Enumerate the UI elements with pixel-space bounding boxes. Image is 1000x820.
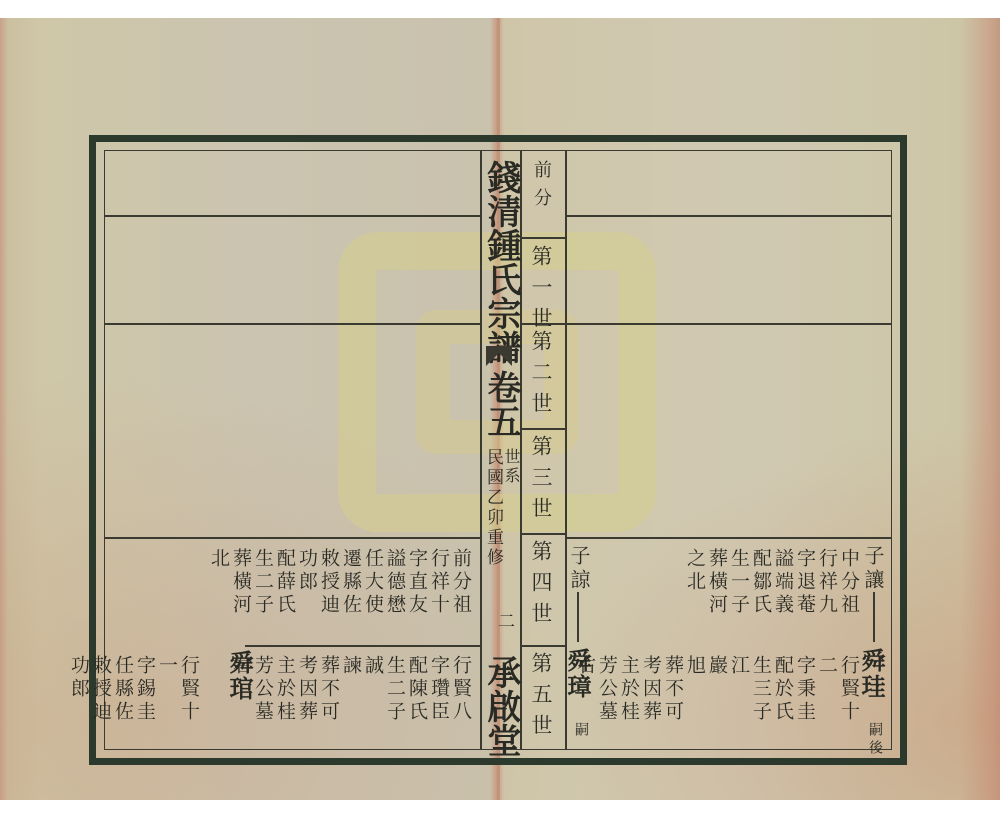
- right-gen4-entry: 中分祖 行祥九 字退菴 謚端義 配鄒氏 生一子 葬橫河 之北: [684, 548, 860, 617]
- entry-col: 芳公墓: [596, 655, 618, 724]
- gen-label-2: 第二世: [530, 330, 552, 423]
- entry-col: 北: [208, 548, 230, 617]
- entry-col: 葬不可: [662, 655, 684, 724]
- rule-gen5-left: [245, 645, 480, 647]
- entry-col: 謚德懋: [384, 548, 406, 617]
- left-gen4-entry: 前分祖 行祥十 字直友 謚德懋 任大使 遷縣佐 敕授迪 功郎 配薛氏 生二子 葬…: [208, 548, 472, 617]
- rule-gen4-right: [565, 537, 892, 539]
- entry-col: 生三子: [750, 655, 772, 724]
- entry-col: 任縣佐: [112, 655, 134, 724]
- gen-divider-5: [520, 645, 565, 647]
- entry-col: 芳公墓: [252, 655, 274, 724]
- entry-col: 行賢十: [178, 655, 200, 724]
- rule-gen2: [104, 323, 480, 325]
- gen-label-5: 第五世: [530, 652, 552, 745]
- entry-col: 配鄒氏: [750, 548, 772, 617]
- entry-col: 謚端義: [772, 548, 794, 617]
- gen-label-1: 第一世: [530, 245, 552, 338]
- entry-col: 考因葬: [296, 655, 318, 724]
- entry-col: 功郎: [68, 655, 90, 724]
- entry-col: 生二子: [384, 655, 406, 724]
- gen-divider-4: [520, 533, 565, 535]
- entry-col: 旭: [684, 655, 706, 724]
- gen-label-4: 第四世: [530, 540, 552, 633]
- entry-col: 之北: [684, 548, 706, 617]
- book-title: 錢清鍾氏宗譜: [482, 160, 520, 364]
- entry-col: 考因葬: [640, 655, 662, 724]
- entry-col: 敕授迪: [90, 655, 112, 724]
- entry-col: 配於氏: [772, 655, 794, 724]
- entry-col: 字直友: [406, 548, 428, 617]
- entry-col: 行賢八: [450, 655, 472, 724]
- entry-col: 配陳氏: [406, 655, 428, 724]
- entry-col: 二: [816, 655, 838, 724]
- lineage-line-b: [873, 592, 875, 642]
- adoption-note-b: 嗣後: [864, 722, 886, 758]
- left-gen5-entry-a: 行賢八 字瓚臣 配陳氏 生二子 誠 諫 葬不可 考因葬 主於桂 芳公墓 右: [230, 655, 472, 724]
- entry-col: 右: [574, 655, 596, 724]
- entry-col: 葬橫河: [706, 548, 728, 617]
- entry-col: 配薛氏: [274, 548, 296, 617]
- person-name-shun-gui: 舜珪: [860, 648, 882, 700]
- adoption-note-a: 嗣: [570, 722, 592, 740]
- rule-gen1: [104, 215, 480, 217]
- entry-col: 巖: [706, 655, 728, 724]
- entry-col: 中分祖: [838, 548, 860, 617]
- gen-divider-1: [520, 237, 565, 239]
- entry-col: 敕授迪: [318, 548, 340, 617]
- entry-col: 江: [728, 655, 750, 724]
- left-gen5-entry-b: 行賢十 一 字錫圭 任縣佐 敕授迪 功郎: [68, 655, 200, 724]
- entry-col: 前分祖: [450, 548, 472, 617]
- page-number: 二: [493, 612, 515, 633]
- entry-col: 行賢十: [838, 655, 860, 724]
- right-gen5-entry: 行賢十 二 字秉圭 配於氏 生三子 江 巖 旭 葬不可 考因葬 主於桂 芳公墓 …: [574, 655, 860, 724]
- entry-col: 主於桂: [618, 655, 640, 724]
- entry-col: 字錫圭: [134, 655, 156, 724]
- gen-divider-3: [520, 428, 565, 430]
- entry-col: 字退菴: [794, 548, 816, 617]
- entry-col: 遷縣佐: [340, 548, 362, 617]
- entry-col: 行祥十: [428, 548, 450, 617]
- volume-label: 卷五: [482, 370, 520, 438]
- entry-col: 葬橫河: [230, 548, 252, 617]
- lineage-line-a: [577, 592, 579, 642]
- entry-col: 諫: [340, 655, 362, 724]
- entry-col: 字瓚臣: [428, 655, 450, 724]
- rule-gen4: [104, 537, 480, 539]
- person-name-shun-guan: 舜琯: [228, 650, 250, 702]
- entry-col: 主於桂: [274, 655, 296, 724]
- hall-name: 承啟堂: [482, 655, 520, 757]
- entry-col: 生二子: [252, 548, 274, 617]
- entry-col: 葬不可: [318, 655, 340, 724]
- person-name-zi-rang: 子讓: [862, 545, 884, 593]
- edition-label: 民國乙卯重修: [482, 448, 504, 568]
- gen-label-3: 第三世: [530, 435, 552, 528]
- person-name-zi-liang: 子諒: [568, 545, 590, 593]
- entry-col: 字秉圭: [794, 655, 816, 724]
- rule-gen1-right: [565, 215, 892, 217]
- entry-col: 功郎: [296, 548, 318, 617]
- gen-label-branch: 前分: [530, 160, 552, 216]
- entry-col: 生一子: [728, 548, 750, 617]
- entry-col: 行祥九: [816, 548, 838, 617]
- rule-gen2-right: [565, 323, 892, 325]
- entry-col: 任大使: [362, 548, 384, 617]
- entry-col: 一: [156, 655, 178, 724]
- entry-col: 誠: [362, 655, 384, 724]
